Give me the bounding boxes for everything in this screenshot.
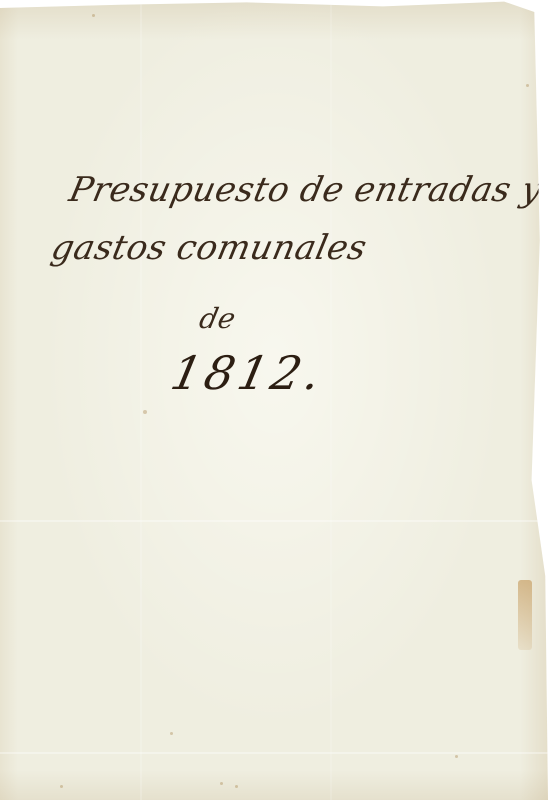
year: 1812.	[166, 346, 329, 400]
manuscript-page: Presupuesto de entradas y gastos comunal…	[0, 0, 548, 800]
title-line-3: de	[196, 302, 239, 335]
paper-crease	[0, 752, 548, 754]
paper-crease	[330, 0, 332, 800]
foxing-spot	[92, 14, 95, 17]
paper-crease	[140, 0, 142, 800]
edge-stain	[518, 580, 532, 650]
title-line-1: Presupuesto de entradas y	[66, 170, 546, 210]
foxing-spot	[143, 410, 147, 414]
foxing-spot	[455, 755, 458, 758]
foxing-spot	[170, 732, 173, 735]
title-line-2: gastos comunales	[48, 228, 371, 268]
foxing-spot	[235, 785, 238, 788]
paper-crease	[0, 520, 548, 522]
foxing-spot	[220, 782, 223, 785]
foxing-spot	[60, 785, 63, 788]
foxing-spot	[526, 84, 529, 87]
